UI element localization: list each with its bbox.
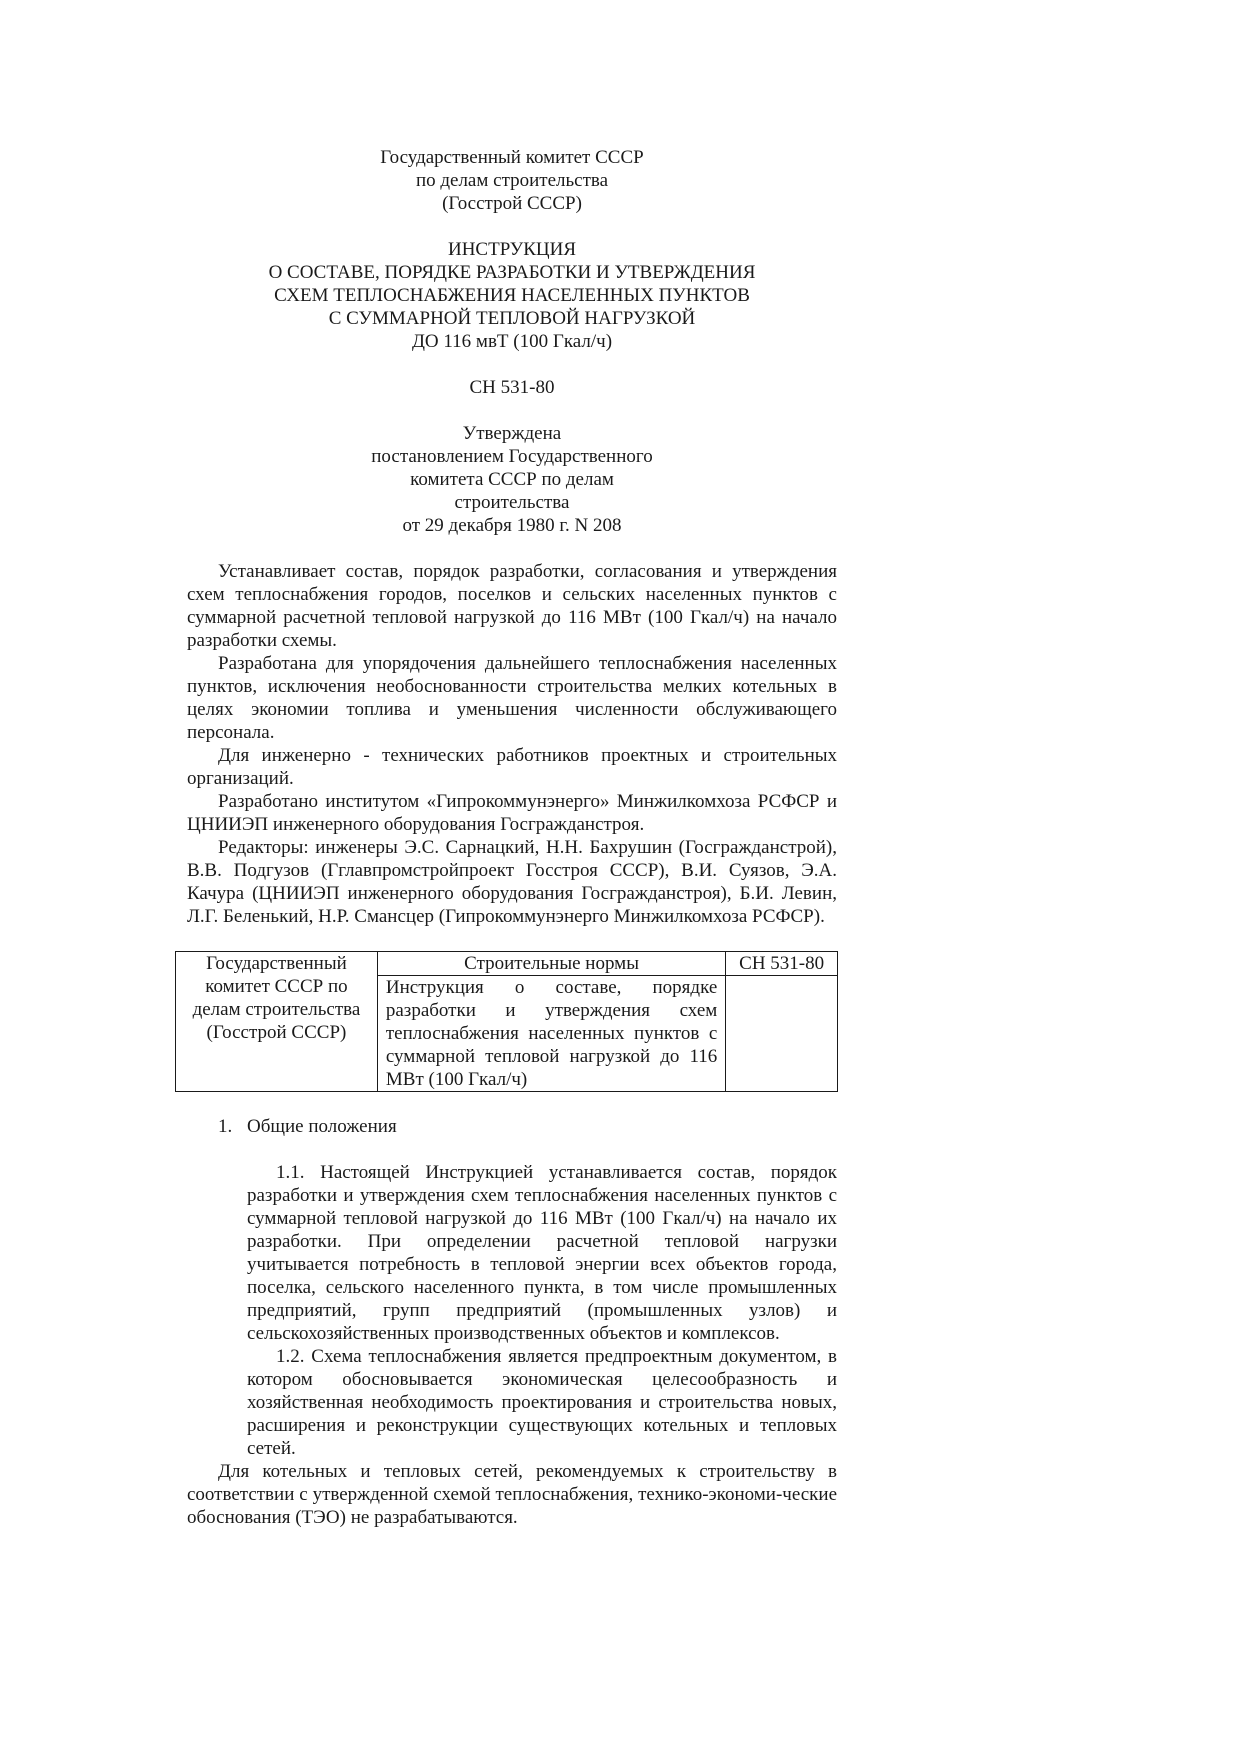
stamp-empty-cell	[726, 976, 838, 1092]
stamp-code-cell: СН 531-80	[726, 952, 838, 976]
title-line: ДО 116 мвТ (100 Гкал/ч)	[187, 330, 837, 353]
section-number: 1.	[218, 1115, 247, 1138]
section-clauses: 1.1. Настоящей Инструкцией устанавливает…	[247, 1161, 837, 1460]
authority-line: Государственный комитет СССР	[187, 146, 837, 169]
intro-paragraph-developer: Разработано институтом «Гипрокоммунэнерг…	[187, 790, 837, 836]
stamp-table-wrapper: Государственный комитет СССР по делам ст…	[175, 951, 838, 1092]
document-page: Государственный комитет СССР по делам ст…	[187, 146, 837, 1529]
stamp-table: Государственный комитет СССР по делам ст…	[175, 951, 838, 1092]
approval-note: Утверждена постановлением Государственно…	[187, 422, 837, 537]
intro-paragraph-purpose: Разработана для упорядочения дальнейшего…	[187, 652, 837, 744]
section-title: Общие положения	[247, 1115, 397, 1138]
title-line: СХЕМ ТЕПЛОСНАБЖЕНИЯ НАСЕЛЕННЫХ ПУНКТОВ	[187, 284, 837, 307]
clause-1-2: 1.2. Схема теплоснабжения является предп…	[247, 1345, 837, 1460]
stamp-authority-cell: Государственный комитет СССР по делам ст…	[176, 952, 378, 1092]
title-line: С СУММАРНОЙ ТЕПЛОВОЙ НАГРУЗКОЙ	[187, 307, 837, 330]
stamp-description-cell: Инструкция о составе, порядке разработки…	[377, 976, 725, 1092]
approval-line: от 29 декабря 1980 г. N 208	[187, 514, 837, 537]
section-heading: 1. Общие положения	[218, 1115, 837, 1138]
intro-paragraph-scope: Устанавливает состав, порядок разработки…	[187, 560, 837, 652]
approval-line: постановлением Государственного	[187, 445, 837, 468]
closing-paragraph: Для котельных и тепловых сетей, рекоменд…	[187, 1460, 837, 1529]
approval-line: Утверждена	[187, 422, 837, 445]
title-line: ИНСТРУКЦИЯ	[187, 238, 837, 261]
document-title: ИНСТРУКЦИЯ О СОСТАВЕ, ПОРЯДКЕ РАЗРАБОТКИ…	[187, 238, 837, 353]
document-code: СН 531-80	[187, 376, 837, 399]
approval-line: комитета СССР по делам	[187, 468, 837, 491]
approval-line: строительства	[187, 491, 837, 514]
authority-line: (Госстрой СССР)	[187, 192, 837, 215]
stamp-category-cell: Строительные нормы	[377, 952, 725, 976]
clause-1-1: 1.1. Настоящей Инструкцией устанавливает…	[247, 1161, 837, 1345]
authority-line: по делам строительства	[187, 169, 837, 192]
intro-section: Устанавливает состав, порядок разработки…	[187, 560, 837, 928]
issuing-authority: Государственный комитет СССР по делам ст…	[187, 146, 837, 215]
intro-paragraph-editors: Редакторы: инженеры Э.С. Сарнацкий, Н.Н.…	[187, 836, 837, 928]
title-line: О СОСТАВЕ, ПОРЯДКЕ РАЗРАБОТКИ И УТВЕРЖДЕ…	[187, 261, 837, 284]
table-row: Государственный комитет СССР по делам ст…	[176, 952, 838, 976]
intro-paragraph-audience: Для инженерно - технических работников п…	[187, 744, 837, 790]
